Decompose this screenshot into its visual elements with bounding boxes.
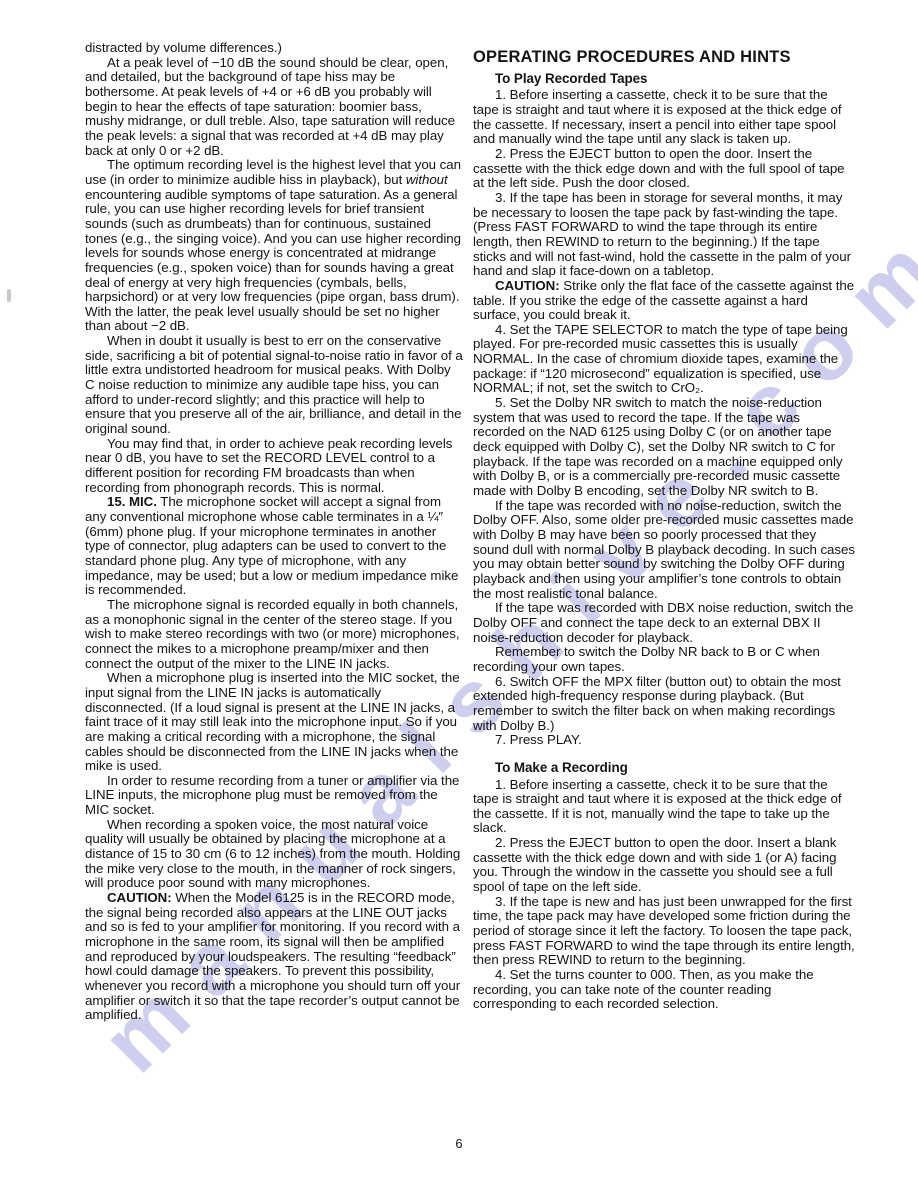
paragraph: distracted by volume differences.) xyxy=(85,41,463,56)
paragraph: When a microphone plug is inserted into … xyxy=(85,671,463,774)
paragraph: 2. Press the EJECT button to open the do… xyxy=(473,836,855,895)
text-run: encountering audible symptoms of tape sa… xyxy=(85,187,461,334)
text-run: 7. Press PLAY. xyxy=(495,732,582,747)
italic-run: without xyxy=(406,172,448,187)
paragraph: 3. If the tape has been in storage for s… xyxy=(473,191,855,279)
paragraph: You may find that, in order to achieve p… xyxy=(85,437,463,496)
subheading: To Play Recorded Tapes xyxy=(473,72,855,87)
text-run: 1. Before inserting a cassette, check it… xyxy=(473,87,842,146)
text-run: When a microphone plug is inserted into … xyxy=(85,670,460,773)
paragraph: 15. MIC. The microphone socket will acce… xyxy=(85,495,463,598)
paragraph: If the tape was recorded with no noise-r… xyxy=(473,499,855,602)
heading: OPERATING PROCEDURES AND HINTS xyxy=(473,50,855,65)
text-run: 3. If the tape has been in storage for s… xyxy=(473,190,851,278)
text-run: The microphone socket will accept a sign… xyxy=(85,494,458,597)
bold-run: CAUTION: xyxy=(107,890,172,905)
subheading: To Make a Recording xyxy=(473,761,855,776)
page-number: 6 xyxy=(0,1136,918,1151)
bold-run: 15. MIC. xyxy=(107,494,157,509)
text-run: You may find that, in order to achieve p… xyxy=(85,436,452,495)
paragraph: 3. If the tape is new and has just been … xyxy=(473,895,855,968)
text-run: When the Model 6125 is in the RECORD mod… xyxy=(85,890,460,1022)
paragraph: 7. Press PLAY. xyxy=(473,733,855,748)
text-run: 5. Set the Dolby NR switch to match the … xyxy=(473,395,843,498)
paragraph: Remember to switch the Dolby NR back to … xyxy=(473,645,855,674)
paragraph: CAUTION: When the Model 6125 is in the R… xyxy=(85,891,463,1023)
text-run: 3. If the tape is new and has just been … xyxy=(473,894,855,968)
text-run: In order to resume recording from a tune… xyxy=(85,773,459,817)
text-run: 4. Set the TAPE SELECTOR to match the ty… xyxy=(473,322,848,396)
text-run: When recording a spoken voice, the most … xyxy=(85,817,460,891)
text-run: If the tape was recorded with no noise-r… xyxy=(473,498,855,601)
manual-page: manualshive.com distracted by volume dif… xyxy=(0,0,918,1188)
text-run: To Play Recorded Tapes xyxy=(495,71,647,86)
bold-run: CAUTION: xyxy=(495,278,560,293)
text-run: 2. Press the EJECT button to open the do… xyxy=(473,835,836,894)
paragraph: 5. Set the Dolby NR switch to match the … xyxy=(473,396,855,499)
paragraph: At a peak level of −10 dB the sound shou… xyxy=(85,56,463,159)
paragraph: 1. Before inserting a cassette, check it… xyxy=(473,88,855,147)
text-run: To Make a Recording xyxy=(495,760,628,775)
right-column: OPERATING PROCEDURES AND HINTSTo Play Re… xyxy=(473,50,855,1012)
paragraph: CAUTION: Strike only the flat face of th… xyxy=(473,279,855,323)
paragraph: 2. Press the EJECT button to open the do… xyxy=(473,147,855,191)
paragraph: The optimum recording level is the highe… xyxy=(85,158,463,334)
paragraph: 1. Before inserting a cassette, check it… xyxy=(473,778,855,837)
text-run: 6. Switch OFF the MPX filter (button out… xyxy=(473,674,841,733)
text-run: Remember to switch the Dolby NR back to … xyxy=(473,644,820,674)
text-run: The microphone signal is recorded equall… xyxy=(85,597,460,671)
paragraph: When recording a spoken voice, the most … xyxy=(85,818,463,891)
text-run: The optimum recording level is the highe… xyxy=(85,157,461,187)
text-run: 1. Before inserting a cassette, check it… xyxy=(473,777,842,836)
text-run: distracted by volume differences.) xyxy=(85,40,282,55)
text-run: OPERATING PROCEDURES AND HINTS xyxy=(473,48,791,66)
paragraph: 4. Set the TAPE SELECTOR to match the ty… xyxy=(473,323,855,396)
text-run: 4. Set the turns counter to 000. Then, a… xyxy=(473,967,814,1011)
paragraph: If the tape was recorded with DBX noise … xyxy=(473,601,855,645)
text-run: At a peak level of −10 dB the sound shou… xyxy=(85,55,455,158)
text-run: 2. Press the EJECT button to open the do… xyxy=(473,146,845,190)
text-run: If the tape was recorded with DBX noise … xyxy=(473,600,853,644)
paragraph: In order to resume recording from a tune… xyxy=(85,774,463,818)
paragraph: When in doubt it usually is best to err … xyxy=(85,334,463,437)
paragraph: 4. Set the turns counter to 000. Then, a… xyxy=(473,968,855,1012)
scan-artifact xyxy=(7,289,11,302)
paragraph: 6. Switch OFF the MPX filter (button out… xyxy=(473,675,855,734)
left-column: distracted by volume differences.)At a p… xyxy=(85,41,463,1023)
paragraph: The microphone signal is recorded equall… xyxy=(85,598,463,671)
text-run: When in doubt it usually is best to err … xyxy=(85,333,463,436)
